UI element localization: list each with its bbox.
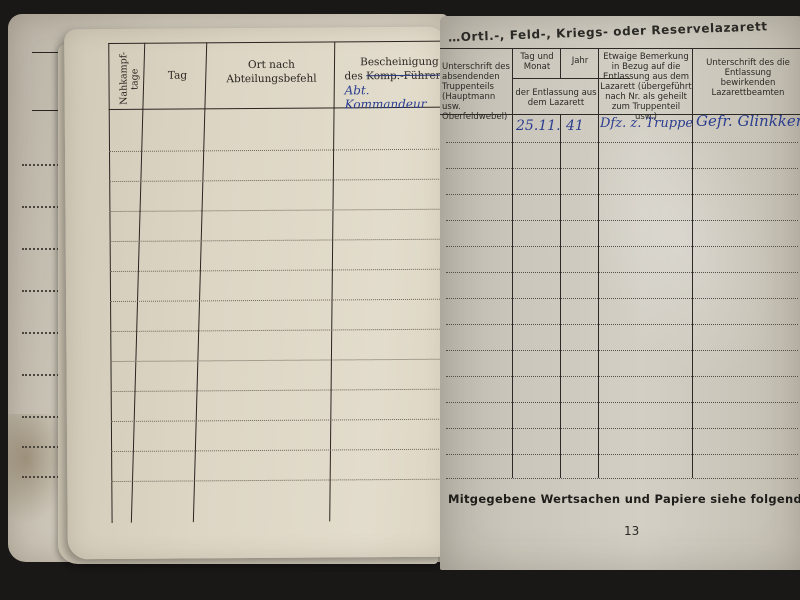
header-unterschrift-lazarettbeamter: Unterschrift des die Entlassung bewirken… — [696, 58, 800, 98]
header-bescheinigung-line1: Bescheinigung — [344, 55, 454, 70]
booklet-photo: Kri… Nahkampf- Nahkampf-tage Tag Ort nac… — [0, 0, 800, 600]
footer-note: Mitgegebene Wertsachen und Papiere siehe… — [448, 492, 800, 506]
left-page-table: Nahkampf-tage Tag Ort nach Abteilungsbef… — [108, 41, 447, 529]
dotted-row — [446, 194, 798, 195]
header-top-rule — [440, 48, 800, 49]
table-top-rule — [108, 41, 444, 44]
dotted-row — [110, 329, 446, 332]
dotted-row — [110, 269, 446, 272]
dotted-row — [446, 246, 798, 247]
dotted-row — [446, 298, 798, 299]
dotted-row — [446, 220, 798, 221]
header-entlassung: der Entlassung aus dem Lazarett — [514, 88, 598, 108]
col-rule — [692, 48, 693, 478]
header-ort-line2: Abteilungsbefehl — [208, 71, 334, 86]
dotted-row — [109, 209, 445, 212]
dotted-row — [110, 299, 446, 302]
dotted-row — [110, 239, 446, 242]
header-bemerkung: Etwaige Bemerkung in Bezug auf die Entla… — [600, 52, 692, 122]
dotted-row — [446, 324, 798, 325]
dotted-row — [109, 149, 445, 152]
header-des: des — [344, 70, 362, 82]
page-number: 13 — [624, 524, 639, 538]
handwritten-correction: Abt. Kommandeur — [345, 83, 455, 112]
header-ort: Ort nach Abteilungsbefehl — [208, 57, 334, 86]
dotted-row — [111, 419, 447, 422]
struck-text: Komp.-Führers — [366, 70, 446, 83]
dotted-row — [446, 376, 798, 377]
dotted-row — [446, 142, 798, 143]
header-unterschrift-truppenteil: Unterschrift des absendenden Truppenteil… — [442, 62, 510, 122]
header-ort-line1: Ort nach — [208, 57, 334, 72]
header-bescheinigung-line2: des Komp.-Führers — [344, 69, 454, 84]
dotted-row — [446, 272, 798, 273]
header-tag-monat: Tag und Monat — [514, 52, 560, 72]
entry-day-month: 25.11. — [516, 118, 561, 134]
dotted-row — [446, 350, 798, 351]
dotted-row — [446, 478, 798, 479]
col-rule — [512, 48, 513, 478]
entry-signature: Gefr. Glinkker — [696, 112, 800, 130]
dotted-row — [111, 479, 447, 482]
left-page: Nahkampf-tage Tag Ort nach Abteilungsbef… — [64, 27, 450, 560]
dotted-row — [446, 402, 798, 403]
dotted-row — [446, 168, 798, 169]
entry-remark: Dfz. z. Truppe — [600, 116, 693, 131]
dotted-row — [111, 389, 447, 392]
dotted-row — [111, 449, 447, 452]
dotted-row — [109, 179, 445, 182]
col-rule — [560, 48, 561, 78]
entry-year: 41 — [566, 118, 584, 134]
header-tag: Tag — [148, 68, 206, 82]
header-bescheinigung: Bescheinigung des Komp.-Führers Abt. Kom… — [338, 55, 454, 112]
dotted-row — [110, 359, 446, 362]
right-page-table: Unterschrift des absendenden Truppenteil… — [440, 16, 800, 496]
dotted-row — [446, 428, 798, 429]
header-nahkampftage: Nahkampf-tage — [118, 51, 140, 107]
header-jahr: Jahr — [562, 56, 598, 66]
right-page: …Ortl.-, Feld-, Kriegs- oder Reservelaza… — [440, 16, 800, 570]
dotted-row — [446, 454, 798, 455]
col-rule — [598, 48, 599, 478]
